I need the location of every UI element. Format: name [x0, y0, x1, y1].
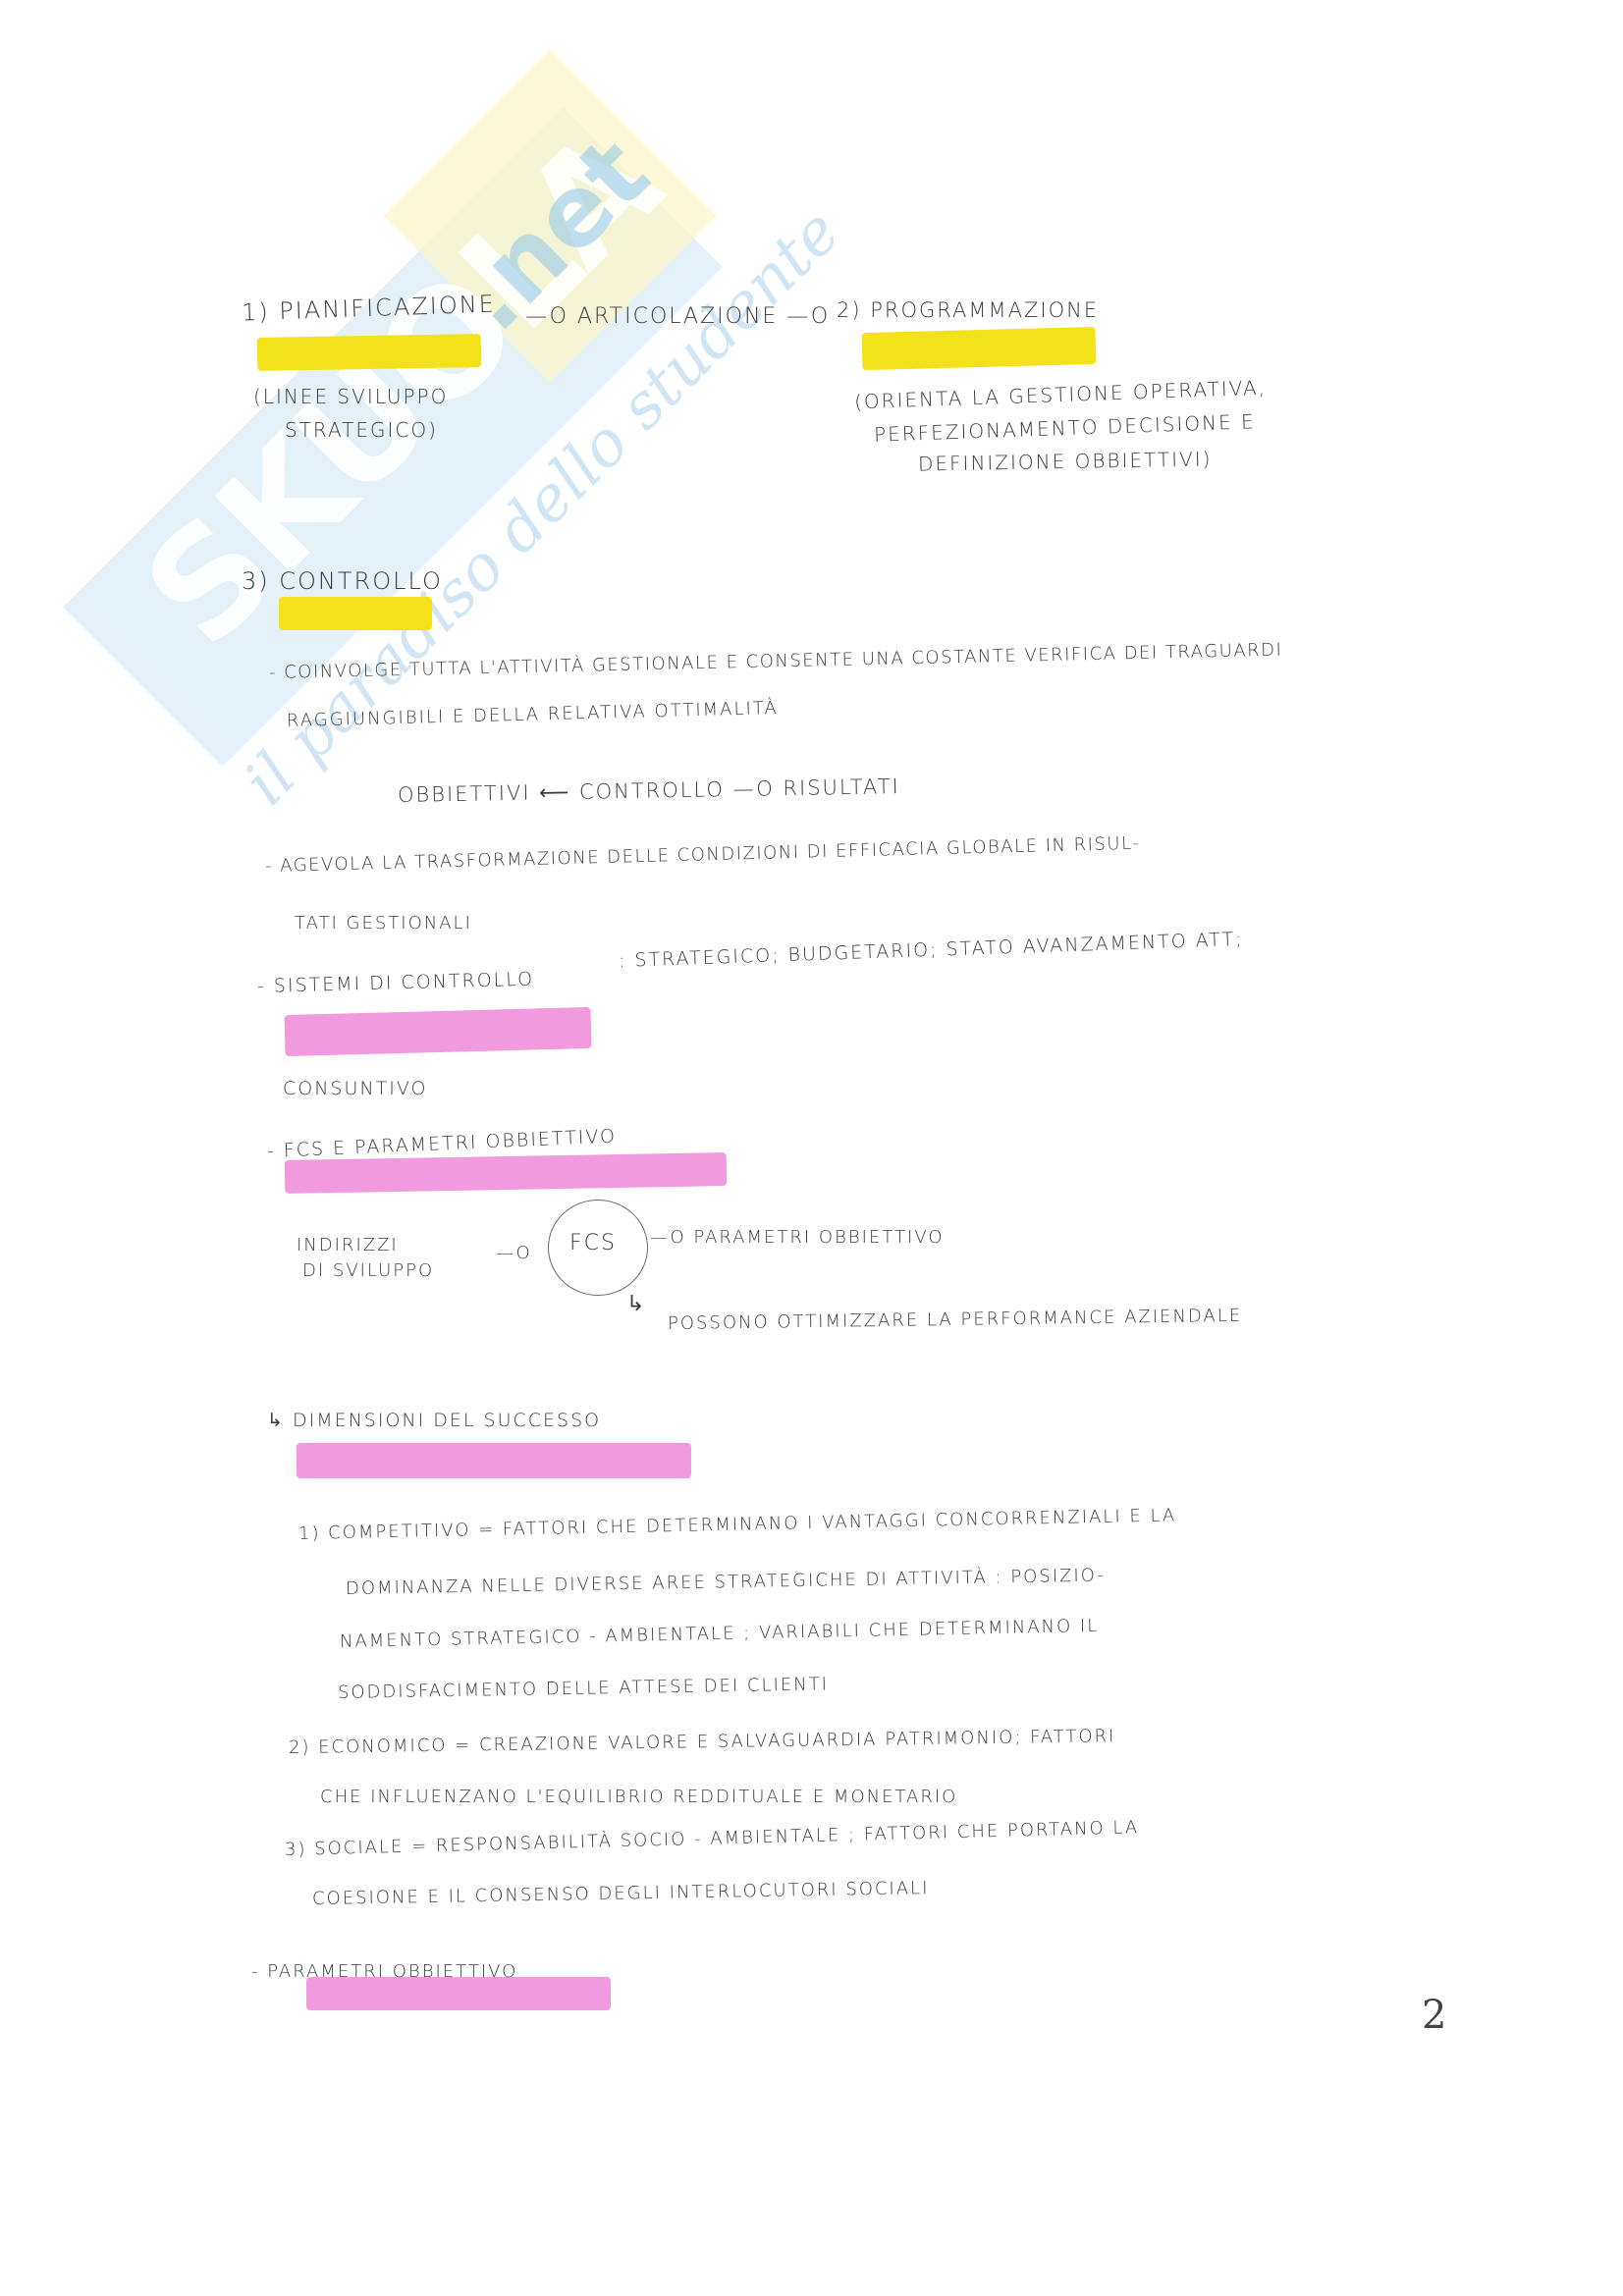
dimensione-economico-line-1: 2) ECONOMICO = CREAZIONE VALORE E SALVAG…: [289, 1726, 1116, 1758]
fcs-output: —o PARAMETRI OBBIETTIVO: [650, 1227, 945, 1248]
step-pianificazione-note-1: (LINEE SVILUPPO: [253, 385, 448, 408]
step-programmazione-note-2: PERFEZIONAMENTO DECISIONE E: [874, 409, 1256, 447]
fcs-result: POSSONO OTTIMIZZARE LA PERFORMANCE AZIEN…: [668, 1306, 1242, 1334]
controllo-bullet-2-line-1: - AGEVOLA LA TRASFORMAZIONE DELLE CONDIZ…: [265, 833, 1141, 877]
dimensione-economico-line-2: CHE INFLUENZANO L'EQUILIBRIO REDDITUALE …: [320, 1787, 957, 1807]
highlight-parametri-obbiettivo: [306, 1977, 611, 2010]
dimensione-competitivo-line-3: NAMENTO STRATEGICO - AMBIENTALE ; VARIAB…: [340, 1616, 1100, 1652]
controllo-bullet-1-line-2: RAGGIUNGIBILI E DELLA RELATIVA OTTIMALIT…: [287, 698, 779, 731]
fcs-input-line-2: DI SVILUPPO: [302, 1260, 434, 1281]
dimensione-competitivo-line-1: 1) COMPETITIVO = FATTORI CHE DETERMINANO…: [298, 1505, 1177, 1544]
dimensione-sociale-line-1: 3) SOCIALE = RESPONSABILITÀ SOCIO - AMBI…: [285, 1817, 1140, 1860]
highlight-controllo: [279, 597, 432, 630]
step-pianificazione-note-2: STRATEGICO): [285, 418, 438, 442]
page-number: 2: [1422, 1993, 1446, 2038]
dimensioni-title: ↳ DIMENSIONI DEL SUCCESSO: [267, 1410, 601, 1431]
watermark-yellow-square: [383, 49, 716, 382]
flow-connector-articolazione: —o ARTICOLAZIONE —o: [525, 304, 830, 329]
highlight-programmazione: [862, 327, 1097, 370]
step-programmazione-note-3: DEFINIZIONE OBBIETTIVI): [918, 447, 1213, 475]
controllo-diagram: OBBIETTIVI ⟵ CONTROLLO —o RISULTATI: [398, 774, 900, 807]
highlight-sistemi-di-controllo: [285, 1007, 592, 1056]
highlight-fcs-parametri: [285, 1152, 728, 1194]
fcs-input-arrow: —o: [496, 1243, 532, 1263]
step-programmazione-note-1: (ORIENTA LA GESTIONE OPERATIVA,: [854, 376, 1268, 414]
dimensione-competitivo-line-2: DOMINANZA NELLE DIVERSE AREE STRATEGICHE…: [346, 1565, 1106, 1599]
dimensione-sociale-line-2: COESIONE E IL CONSENSO DEGLI INTERLOCUTO…: [312, 1878, 930, 1909]
step-programmazione: 2) PROGRAMMAZIONE: [837, 298, 1099, 322]
fcs-down-arrow-icon: ↳: [626, 1292, 644, 1316]
sistemi-di-controllo-value: : STRATEGICO; BUDGETARIO; STATO AVANZAME…: [619, 929, 1244, 972]
section-controllo-title: 3) CONTROLLO: [242, 567, 443, 595]
highlight-dimensioni-successo: [297, 1443, 691, 1478]
sistemi-di-controllo-value-2: CONSUNTIVO: [283, 1078, 427, 1099]
notes-page: SKUOLA .net il paradiso dello studente 1…: [0, 0, 1623, 2296]
fcs-circle-label: FCS: [569, 1231, 617, 1255]
fcs-input-line-1: INDIRIZZI: [297, 1235, 399, 1255]
highlight-pianificazione: [257, 334, 482, 371]
dimensione-competitivo-line-4: SODDISFACIMENTO DELLE ATTESE DEI CLIENTI: [338, 1674, 829, 1703]
parametri-title: - PARAMETRI OBBIETTIVO: [251, 1961, 517, 1982]
sistemi-di-controllo-label: - SISTEMI DI CONTROLLO: [257, 969, 535, 997]
controllo-bullet-1-line-1: - COINVOLGE TUTTA L'ATTIVITÀ GESTIONALE …: [269, 640, 1283, 683]
controllo-bullet-2-line-2: TATI GESTIONALI: [295, 913, 472, 934]
step-pianificazione: 1) PIANIFICAZIONE: [242, 290, 497, 326]
